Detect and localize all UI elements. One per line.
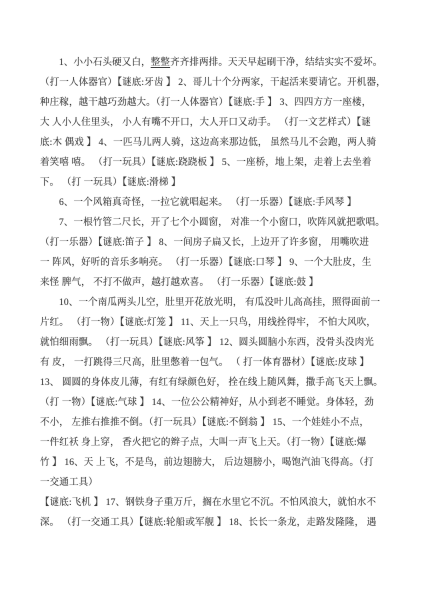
text-line: （打一人体器官）【谜底:牙齿 】 2、哥儿十个分两家，干起活来要请它。开机器，	[40, 73, 390, 93]
text-line: 着笑嘻 嘻。 （打一玩具）【谜底:跷跷板 】 5、一座桥，地上架，走着上去坐着	[40, 153, 390, 173]
text-line: 10、一个南瓜两头儿空，肚里开花放光明， 有瓜没叶儿高高挂，照得面前一	[40, 293, 390, 313]
riddle-text-post: 齐齐排两排。天天早起刷干净，结结实实不爱坏。	[170, 58, 382, 68]
text-line: 有 皮， 一打跳得三尺高，肚里憋着一包气。 （ 打一体育器材）【谜底:皮球 】	[40, 353, 390, 373]
text-line: 一件红袄 身上穿， 香火把它的辫子点，大叫一声飞上天。（打一物）【谜底:爆	[40, 433, 390, 453]
text-line: 7、一根竹管二尺长，开了七个小圆窗， 对准一个小窗口，吹阵风就把歌唱。	[40, 213, 390, 233]
text-line: （打一乐器）【谜底:笛子 】 8、一间房子扁又长，上边开了许多窗， 用嘴吹进	[40, 233, 390, 253]
text-line: 种庄稼，越干越巧劲越大。（打一人体器官）【谜底:手 】 3、四四方方一座楼，	[40, 93, 390, 113]
text-line: 底:木 偶戏 】 4、一匹马儿两人骑，这边高来那边低， 虽然马儿不会跑，两人骑	[40, 133, 390, 153]
text-line: 竹 】 16、天 上飞，不是鸟，前边翅膀大， 后边翅膀小，喝饱汽油飞得高。（打	[40, 453, 390, 473]
text-line: 一 阵风，好听的音乐多响亮。 （打一乐器）【谜底:口琴 】 9、一个大肚皮，生	[40, 253, 390, 273]
text-line: 就怕细雨飘。 （打一玩具）【谜底:风筝 】 12、圆头圆脑小东西，没骨头没肉光	[40, 333, 390, 353]
text-line: 13、 圆圆的身体皮儿薄，有红有绿颜色好， 拴在线上随风舞，撒手高飞天上飘。	[40, 373, 390, 393]
text-line: 【谜底:飞机 】 17、钢铁身子重万斤，搁在水里它不沉。不怕风浪大，就怕水不	[40, 493, 390, 513]
text-line: 1、小小石头硬又白，整整齐齐排两排。天天早起刷干净，结结实实不爱坏。	[40, 53, 390, 73]
text-line: 6、一个风箱真奇怪，一拉它就唱起来。 （打一乐器）【谜底:手风琴 】	[40, 193, 390, 213]
text-line: （打 一物）【谜底:气球 】 14、一位公公精神好，从小到老不睡觉。身体轻，劲	[40, 393, 390, 413]
text-line: 不小， 左推右推推不倒。（打一玩具）【谜底:不倒翁 】 15、一个娃娃小不点，	[40, 413, 390, 433]
text-line: 片红。 （打一物）【谜底:灯笼 】 11、天上一只鸟，用线拴得牢， 不怕大风吹，	[40, 313, 390, 333]
underlined-word: 整整	[151, 58, 170, 68]
text-line: 来怪 脾气， 不打不做声，越打越欢喜。 （打一乐器）【谜底:鼓 】	[40, 273, 390, 293]
text-line: 深。 （打一交通工具）【谜底:轮船或军舰 】 18、长长一条龙，走路发隆隆， 遇	[40, 513, 390, 533]
document-page: 1、小小石头硬又白，整整齐齐排两排。天天早起刷干净，结结实实不爱坏。 （打一人体…	[0, 0, 424, 600]
text-line: 一交通工具）	[40, 473, 390, 493]
text-line: 大 人小人住里头， 小人有嘴不开口，大人开口又动手。 （打一文艺样式）【谜	[40, 113, 390, 133]
riddle-text-pre: 1、小小石头硬又白，	[59, 58, 151, 68]
text-line: 下。 （打 一玩具）【谜底:滑梯 】	[40, 173, 390, 193]
riddle-text-block: 1、小小石头硬又白，整整齐齐排两排。天天早起刷干净，结结实实不爱坏。 （打一人体…	[0, 0, 424, 533]
